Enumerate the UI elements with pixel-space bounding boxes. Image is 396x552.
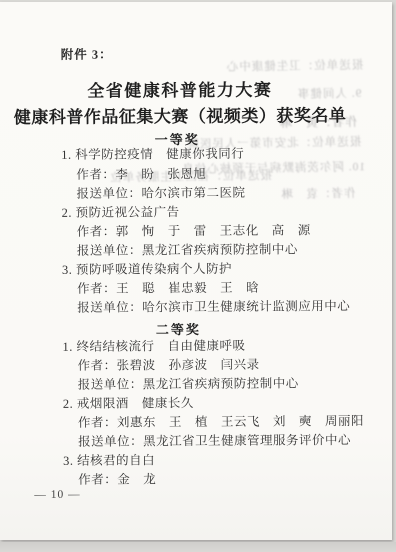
entry-title: 2. 预防近视公益广告 xyxy=(62,205,180,220)
entry-title: 1. 终结结核流行 自由健康呼吸 xyxy=(62,339,245,354)
entry-author: 作者：刘惠东 王 植 王云飞 刘 奭 周丽阳 xyxy=(78,414,364,430)
scanned-document-page: { "page": { "attachment_label": "附件 3：",… xyxy=(0,0,396,552)
entry-unit: 报送单位：哈尔滨市第二医院 xyxy=(76,186,245,201)
scan-edge-shadow xyxy=(0,542,396,552)
entry-author: 作者：王 聪 崔忠毅 王 晗 xyxy=(77,281,259,296)
entry-unit: 报送单位：黑龙江省卫生健康管理服务评价中心 xyxy=(78,433,351,449)
bleedthrough-text: 作者：袁 琳 xyxy=(280,185,355,202)
bleedthrough-text: 报送单位：卫生健康中心 xyxy=(225,56,363,74)
entry-unit: 报送单位：黑龙江省疾病预防控制中心 xyxy=(78,376,299,391)
entry-title: 3. 预防呼吸道传染病个人防护 xyxy=(62,262,232,277)
document-content: 报送单位：卫生健康中心 9. 人间健事 作者：黄 琳 报送单位：北安市第一人民医… xyxy=(0,1,394,541)
section-heading-first-prize: 一等奖 xyxy=(0,128,355,149)
bleedthrough-text: 10. 阿尔茨海默病与干预核心信息 xyxy=(182,158,366,177)
entry-author: 作者：张碧波 孙彦波 闫兴录 xyxy=(78,358,260,373)
page-number: — 10 — xyxy=(34,489,80,501)
document-title-line2: 健康科普作品征集大赛（视频类）获奖名单 xyxy=(0,101,361,128)
entry-title: 1. 科学防控疫情 健康你我同行 xyxy=(61,147,244,162)
first-prize-entries: 1. 科学防控疫情 健康你我同行 作者：李 盼 张恩旭 报送单位：哈尔滨市第二医… xyxy=(0,1,390,3)
entry-title: 2. 戒烟限酒 健康长久 xyxy=(63,396,194,411)
attachment-label: 附件 3： xyxy=(61,45,113,63)
entry-title: 3. 结核君的自白 xyxy=(63,453,155,468)
entry-unit: 报送单位：黑龙江省疾病预防控制中心 xyxy=(77,242,298,257)
entry-unit: 报送单位：哈尔滨市卫生健康统计监测应用中心 xyxy=(77,299,350,315)
document-paper: 报送单位：卫生健康中心 9. 人间健事 作者：黄 琳 报送单位：北安市第一人民医… xyxy=(0,2,392,540)
entry-author: 作者：李 盼 张恩旭 xyxy=(76,167,206,182)
entry-author: 作者：金 龙 xyxy=(78,472,156,486)
section-heading-second-prize: 二等奖 xyxy=(0,318,356,339)
second-prize-entries: 1. 终结结核流行 自由健康呼吸 作者：张碧波 孙彦波 闫兴录 报送单位：黑龙江… xyxy=(0,1,390,3)
entry-author: 作者：郭 恂 于 雷 王志化 高 源 xyxy=(77,223,311,238)
document-title-line1: 全省健康科普能力大赛 xyxy=(0,75,361,102)
